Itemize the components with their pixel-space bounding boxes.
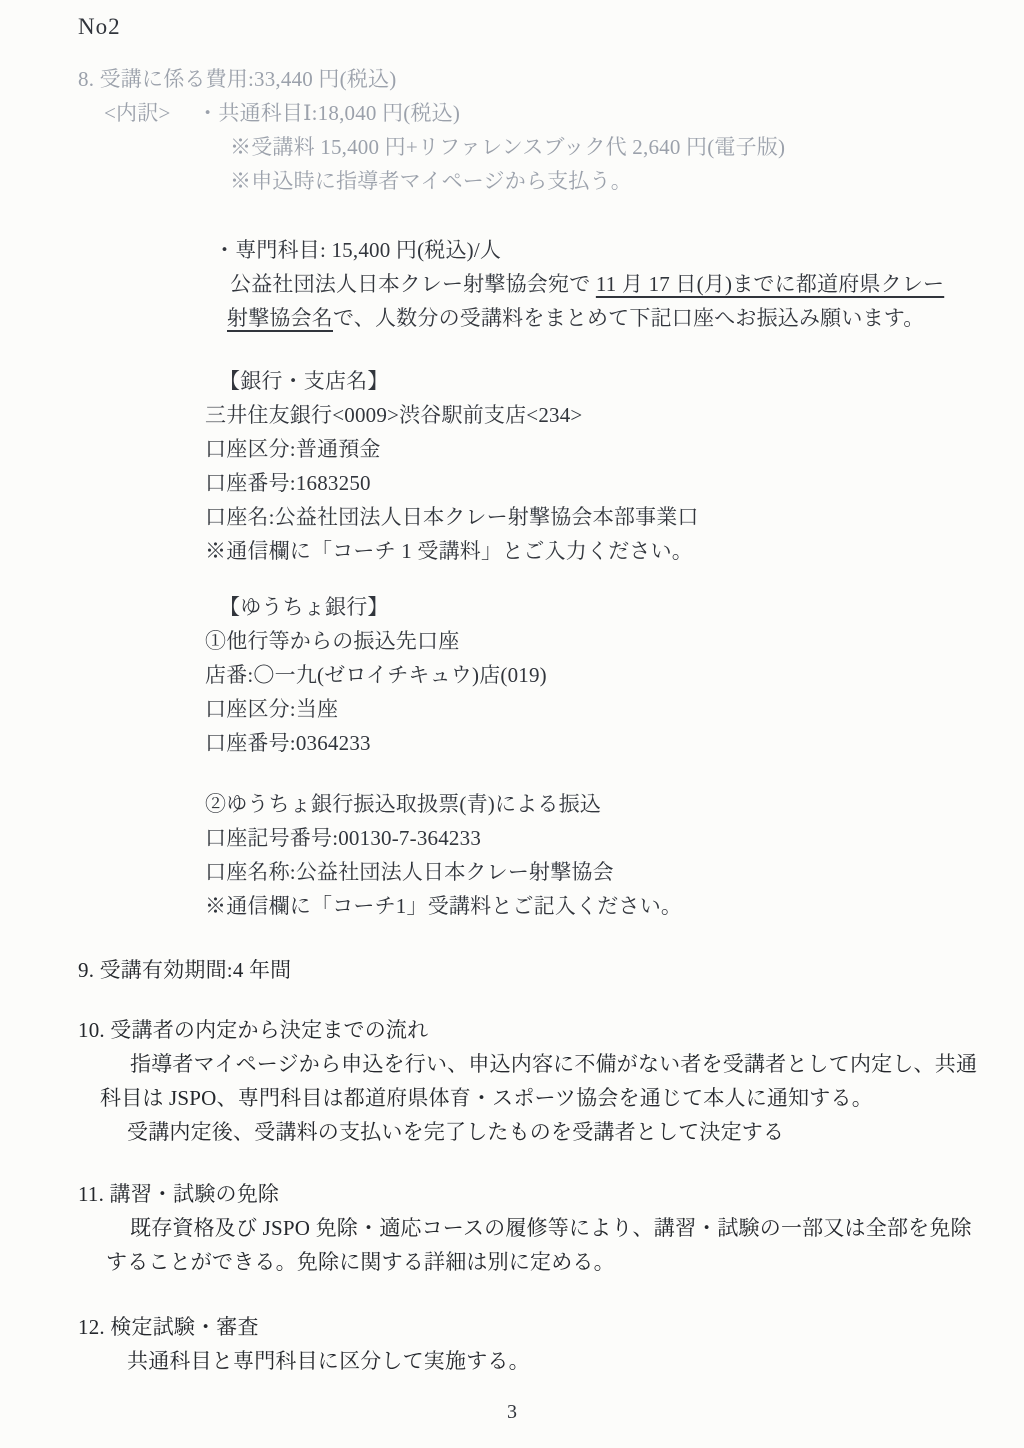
document-line: 11. 講習・試験の免除 [0,1177,1024,1211]
text-segment: 口座番号:0364233 [205,731,371,755]
text-segment: 指導者マイページから申込を行い、申込内容に不備がない者を受講者として内定し、共通 [130,1052,977,1076]
text-segment: ※受講料 15,400 円+リファレンスブック代 2,640 円(電子版) [230,135,785,159]
document-line: 【ゆうちょ銀行】 [0,590,1024,624]
document-line: 【銀行・支店名】 [0,364,1024,398]
document-line: ①他行等からの振込先口座 [0,624,1024,658]
text-segment: ②ゆうちょ銀行振込取扱票(青)による振込 [205,792,601,816]
document-line: 口座名称:公益社団法人日本クレー射撃協会 [0,855,1024,889]
document-line: 9. 受講有効期間:4 年間 [0,953,1024,987]
section-item-8: 8. 受講に係る費用:33,440 円(税込)<内訳> ・共通科目Ⅰ:18,04… [0,62,1024,198]
section-yucho-2: ②ゆうちょ銀行振込取扱票(青)による振込口座記号番号:00130-7-36423… [0,787,1024,923]
text-segment: 9. 受講有効期間:4 年間 [78,958,291,982]
text-segment: 共通科目と専門科目に区分して実施する。 [127,1349,530,1373]
underlined-text: 11 月 17 日(月)までに都道府県クレー [596,272,944,296]
document-line: 口座記号番号:00130-7-364233 [0,821,1024,855]
document-line: 受講内定後、受講料の支払いを完了したものを受講者として決定する [0,1115,1024,1149]
document-line: 口座番号:0364233 [0,726,1024,760]
document-line: 共通科目と専門科目に区分して実施する。 [0,1344,1024,1378]
document-line: ②ゆうちょ銀行振込取扱票(青)による振込 [0,787,1024,821]
document-line: 店番:〇一九(ゼロイチキュウ)店(019) [0,658,1024,692]
document-line: 口座番号:1683250 [0,466,1024,500]
text-segment: 口座名:公益社団法人日本クレー射撃協会本部事業口 [205,505,699,529]
text-segment: することができる。免除に関する詳細は別に定める。 [106,1250,615,1274]
document-line: ※受講料 15,400 円+リファレンスブック代 2,640 円(電子版) [0,130,1024,164]
page-number: 3 [0,1401,1024,1424]
section-item-9: 9. 受講有効期間:4 年間 [0,953,1024,987]
document-line: 8. 受講に係る費用:33,440 円(税込) [0,62,1024,96]
section-item-10: 10. 受講者の内定から決定までの流れ指導者マイページから申込を行い、申込内容に… [0,1013,1024,1149]
underlined-text: 射撃協会名 [227,306,333,330]
document-line: 12. 検定試験・審査 [0,1310,1024,1344]
text-segment: で、人数分の受講料をまとめて下記口座へお振込み願います。 [333,306,925,330]
document-content: 8. 受講に係る費用:33,440 円(税込)<内訳> ・共通科目Ⅰ:18,04… [0,62,1024,1378]
document-line: することができる。免除に関する詳細は別に定める。 [0,1245,1024,1279]
page-label: No2 [78,12,1024,42]
section-item-11: 11. 講習・試験の免除既存資格及び JSPO 免除・適応コースの履修等により、… [0,1177,1024,1279]
section-senmon: ・専門科目: 15,400 円(税込)/人公益社団法人日本クレー射撃協会宛で 1… [0,233,1024,335]
section-yucho-1: 【ゆうちょ銀行】①他行等からの振込先口座店番:〇一九(ゼロイチキュウ)店(019… [0,590,1024,760]
text-segment: 11. 講習・試験の免除 [78,1182,279,1206]
section-item-12: 12. 検定試験・審査共通科目と専門科目に区分して実施する。 [0,1310,1024,1378]
text-segment: 既存資格及び JSPO 免除・適応コースの履修等により、講習・試験の一部又は全部… [130,1216,972,1240]
text-segment: ※申込時に指導者マイページから支払う。 [230,169,632,193]
text-segment: 公益社団法人日本クレー射撃協会宛で [230,272,596,296]
document-line: 既存資格及び JSPO 免除・適応コースの履修等により、講習・試験の一部又は全部… [0,1211,1024,1245]
text-segment: 【ゆうちょ銀行】 [219,595,389,619]
text-segment: ・専門科目: 15,400 円(税込)/人 [214,238,501,262]
text-segment: 12. 検定試験・審査 [78,1315,259,1339]
document-line: 三井住友銀行<0009>渋谷駅前支店<234> [0,398,1024,432]
document-line: 射撃協会名で、人数分の受講料をまとめて下記口座へお振込み願います。 [0,301,1024,335]
text-segment: 店番:〇一九(ゼロイチキュウ)店(019) [205,663,547,687]
text-segment: <内訳> ・共通科目Ⅰ:18,040 円(税込) [104,101,460,125]
text-segment: 8. 受講に係る費用:33,440 円(税込) [78,67,396,91]
text-segment: ※通信欄に「コーチ 1 受講料」とご入力ください。 [205,539,693,563]
text-segment: 三井住友銀行<0009>渋谷駅前支店<234> [205,403,582,427]
document-line: 口座名:公益社団法人日本クレー射撃協会本部事業口 [0,500,1024,534]
text-segment: 受講内定後、受講料の支払いを完了したものを受講者として決定する [127,1120,784,1144]
document-line: ※申込時に指導者マイページから支払う。 [0,164,1024,198]
document-line: <内訳> ・共通科目Ⅰ:18,040 円(税込) [0,96,1024,130]
text-segment: 【銀行・支店名】 [219,369,389,393]
document-page: No2 8. 受講に係る費用:33,440 円(税込)<内訳> ・共通科目Ⅰ:1… [0,0,1024,1448]
text-segment: 10. 受講者の内定から決定までの流れ [78,1018,428,1042]
document-line: ※通信欄に「コーチ1」受講料とご記入ください。 [0,889,1024,923]
text-segment: 口座区分:普通預金 [205,437,381,461]
text-segment: 口座名称:公益社団法人日本クレー射撃協会 [205,860,614,884]
document-line: 指導者マイページから申込を行い、申込内容に不備がない者を受講者として内定し、共通 [0,1047,1024,1081]
document-line: ・専門科目: 15,400 円(税込)/人 [0,233,1024,267]
document-line: 口座区分:普通預金 [0,432,1024,466]
text-segment: ①他行等からの振込先口座 [205,629,459,653]
text-segment: 口座記号番号:00130-7-364233 [205,826,481,850]
document-line: 10. 受講者の内定から決定までの流れ [0,1013,1024,1047]
document-line: ※通信欄に「コーチ 1 受講料」とご入力ください。 [0,534,1024,568]
text-segment: 口座区分:当座 [205,697,338,721]
text-segment: 口座番号:1683250 [205,471,371,495]
document-line: 公益社団法人日本クレー射撃協会宛で 11 月 17 日(月)までに都道府県クレー [0,267,1024,301]
section-bank-smbc: 【銀行・支店名】三井住友銀行<0009>渋谷駅前支店<234>口座区分:普通預金… [0,364,1024,568]
document-line: 口座区分:当座 [0,692,1024,726]
document-line: 科目は JSPO、専門科目は都道府県体育・スポーツ協会を通じて本人に通知する。 [0,1081,1024,1115]
text-segment: ※通信欄に「コーチ1」受講料とご記入ください。 [205,894,682,918]
text-segment: 科目は JSPO、専門科目は都道府県体育・スポーツ協会を通じて本人に通知する。 [100,1086,873,1110]
